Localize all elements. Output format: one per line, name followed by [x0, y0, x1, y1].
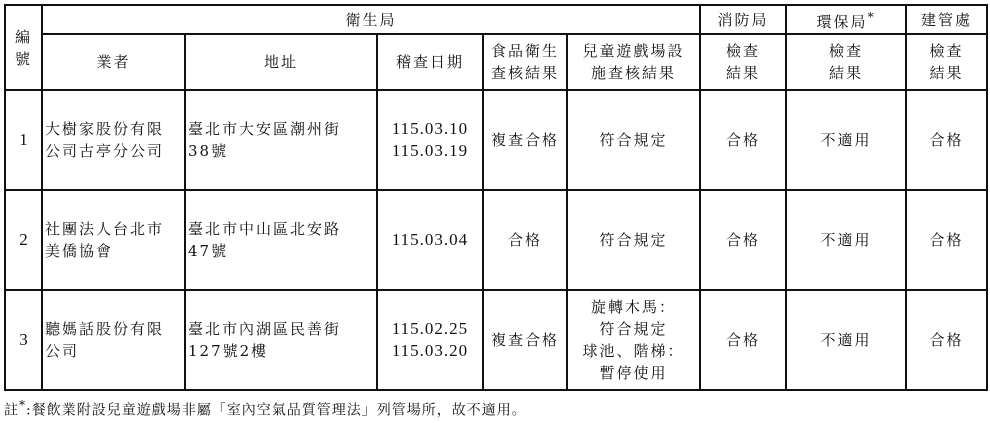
row-env-result: 不適用	[786, 190, 906, 290]
inspection-table: 編 號 衛生局 消防局 環保局* 建管處 業者 地址 稽查日期 食品衛生查核結果…	[4, 4, 988, 391]
table-row: 1 大樹家股份有限公司古亭分公司 臺北市大安區潮州街38號 115.03.101…	[5, 90, 987, 190]
header-row-departments: 編 號 衛生局 消防局 環保局* 建管處	[5, 5, 987, 34]
row-env-result: 不適用	[786, 90, 906, 190]
header-operator: 業者	[42, 34, 185, 90]
header-playground-result: 兒童遊戲場設施查核結果	[567, 34, 700, 90]
row-playground-result: 符合規定	[567, 190, 700, 290]
row-address: 臺北市內湖區民善街127號2樓	[185, 290, 377, 390]
header-no: 編 號	[5, 5, 42, 90]
header-inspection-date: 稽查日期	[377, 34, 483, 90]
header-env-dept: 環保局*	[786, 5, 906, 34]
row-env-result: 不適用	[786, 290, 906, 390]
header-health-dept: 衛生局	[42, 5, 700, 34]
row-playground-result: 符合規定	[567, 90, 700, 190]
row-food-result: 複查合格	[483, 90, 567, 190]
header-building-dept: 建管處	[906, 5, 987, 34]
row-date: 115.02.25115.03.20	[377, 290, 483, 390]
row-no: 1	[5, 90, 42, 190]
header-fire-result: 檢查結果	[700, 34, 786, 90]
row-food-result: 合格	[483, 190, 567, 290]
header-building-result: 檢查結果	[906, 34, 987, 90]
row-operator: 聽媽話股份有限公司	[42, 290, 185, 390]
header-env-result: 檢查結果	[786, 34, 906, 90]
row-playground-result: 旋轉木馬： 符合規定 球池、階梯： 暫停使用	[567, 290, 700, 390]
row-building-result: 合格	[906, 290, 987, 390]
row-building-result: 合格	[906, 190, 987, 290]
row-fire-result: 合格	[700, 190, 786, 290]
row-address: 臺北市中山區北安路47號	[185, 190, 377, 290]
footnote: 註*:餐飲業附設兒童遊戲場非屬「室內空氣品質管理法」列管場所，故不適用。	[4, 398, 527, 420]
row-date: 115.03.04	[377, 190, 483, 290]
row-no: 2	[5, 190, 42, 290]
row-fire-result: 合格	[700, 290, 786, 390]
table-row: 3 聽媽話股份有限公司 臺北市內湖區民善街127號2樓 115.02.25115…	[5, 290, 987, 390]
header-address: 地址	[185, 34, 377, 90]
table-row: 2 社團法人台北市美僑協會 臺北市中山區北安路47號 115.03.04 合格 …	[5, 190, 987, 290]
row-operator: 大樹家股份有限公司古亭分公司	[42, 90, 185, 190]
row-operator: 社團法人台北市美僑協會	[42, 190, 185, 290]
row-date: 115.03.10115.03.19	[377, 90, 483, 190]
header-fire-dept: 消防局	[700, 5, 786, 34]
row-food-result: 複查合格	[483, 290, 567, 390]
footnote-mark: *	[868, 10, 876, 24]
row-fire-result: 合格	[700, 90, 786, 190]
header-row-fields: 業者 地址 稽查日期 食品衛生查核結果 兒童遊戲場設施查核結果 檢查結果 檢查結…	[5, 34, 987, 90]
row-no: 3	[5, 290, 42, 390]
header-food-result: 食品衛生查核結果	[483, 34, 567, 90]
row-building-result: 合格	[906, 90, 987, 190]
row-address: 臺北市大安區潮州街38號	[185, 90, 377, 190]
